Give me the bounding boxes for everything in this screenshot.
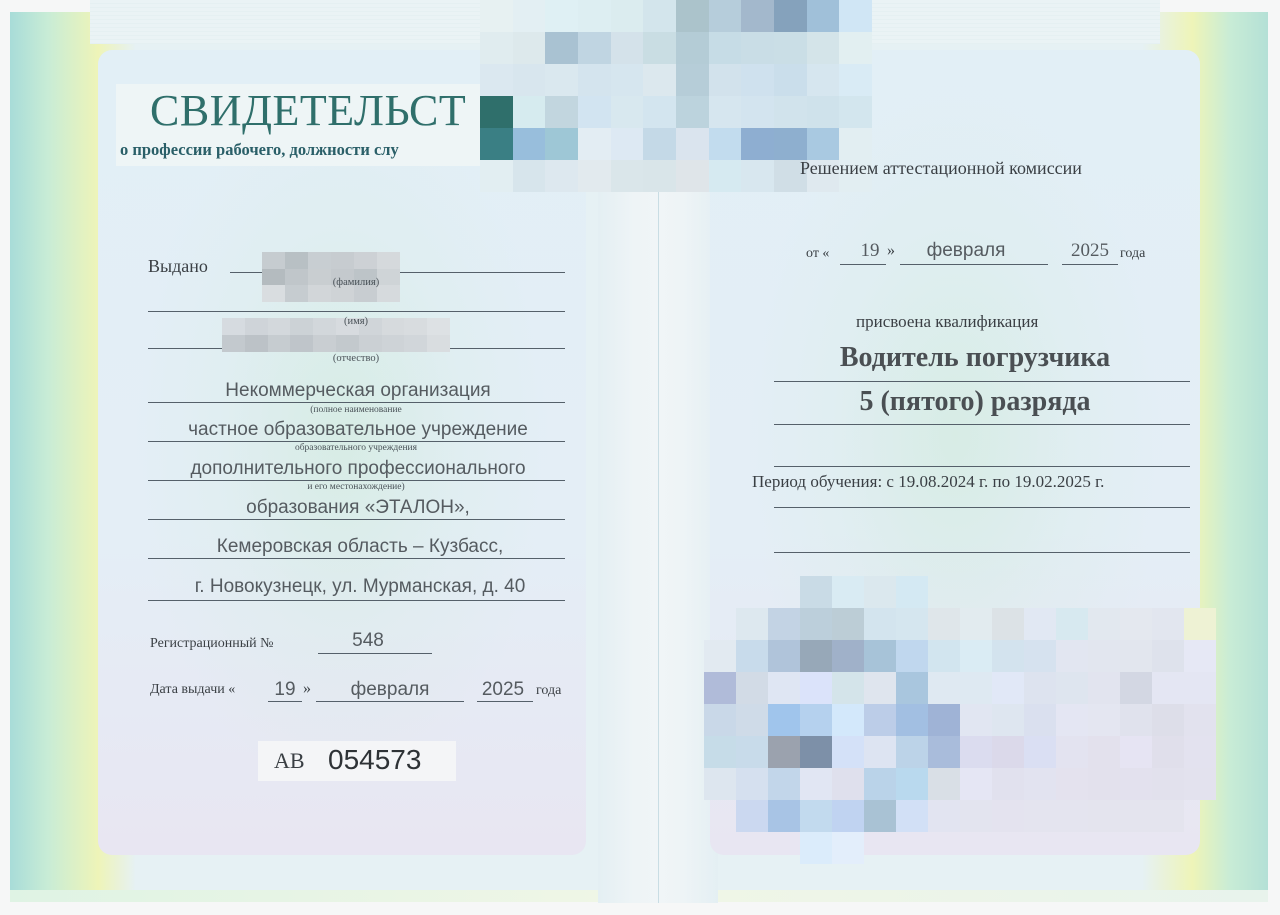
decision-date-prefix: от « [806,246,829,262]
organization-line-4: образования «ЭТАЛОН», [246,497,470,519]
blank-line-3 [774,552,1190,553]
issue-date-close-quote: » [303,680,311,698]
organization-caption-1: (полное наименование [310,405,402,415]
name-caption: (имя) [344,316,368,327]
qualification-title: Водитель погрузчика [840,342,1110,374]
blank-line-1 [774,466,1190,467]
qualification-underline-2 [774,424,1190,425]
issue-month-underline [316,701,464,702]
redacted-signatures-stamp [704,576,1216,864]
decision-date-close-quote: » [887,242,895,260]
decision-year: 2025 [1071,240,1109,262]
issued-to-label: Выдано [148,256,208,277]
decision-day: 19 [861,240,880,262]
registration-number: 548 [352,630,384,652]
issue-year: 2025 [482,679,524,701]
organization-line-3: дополнительного профессионального [190,458,525,480]
registration-underline [318,653,432,654]
issue-date-label: Дата выдачи « [150,682,235,698]
decision-text: Решением аттестационной комиссии [800,158,1082,179]
decision-year-word: года [1120,246,1145,262]
organization-underline-6 [148,600,565,601]
issue-year-underline [477,701,533,702]
certificate-title: СВИДЕТЕЛЬСТ [150,85,466,136]
organization-caption-3: и его местонахождение) [307,482,404,492]
surname-caption: (фамилия) [333,277,379,288]
blank-line-2 [774,507,1190,508]
organization-caption-2: образовательного учреждения [295,443,417,453]
issue-year-word: года [536,683,561,699]
decision-day-underline [840,264,886,265]
registration-label: Регистрационный № [150,636,274,652]
issue-month: февраля [351,679,430,701]
certificate-subtitle: о профессии рабочего, должности слу [120,140,399,160]
serial-series: АВ [274,748,305,774]
name-line [148,311,565,312]
redacted-holder-name [262,252,400,302]
organization-line-6: г. Новокузнецк, ул. Мурманская, д. 40 [195,576,526,598]
organization-underline-4 [148,519,565,520]
organization-line-5: Кемеровская область – Кузбасс, [217,536,503,558]
organization-underline-2 [148,441,565,442]
patronymic-caption: (отчество) [333,353,379,364]
organization-underline-5 [148,558,565,559]
issue-day: 19 [274,679,295,701]
decision-year-underline [1062,264,1118,265]
redacted-holder-patronymic [222,318,450,352]
issue-day-underline [268,701,302,702]
organization-underline-1 [148,402,565,403]
decision-month-underline [900,264,1048,265]
organization-line-1: Некоммерческая организация [225,380,490,402]
organization-underline-3 [148,480,565,481]
serial-number: 054573 [328,744,421,776]
qualification-grade: 5 (пятого) разряда [859,386,1090,418]
training-period: Период обучения: с 19.08.2024 г. по 19.0… [752,472,1104,492]
qualification-underline-1 [774,381,1190,382]
organization-line-2: частное образовательное учреждение [188,419,528,441]
decision-month: февраля [927,240,1006,262]
assigned-qualification-label: присвоена квалификация [856,312,1038,332]
